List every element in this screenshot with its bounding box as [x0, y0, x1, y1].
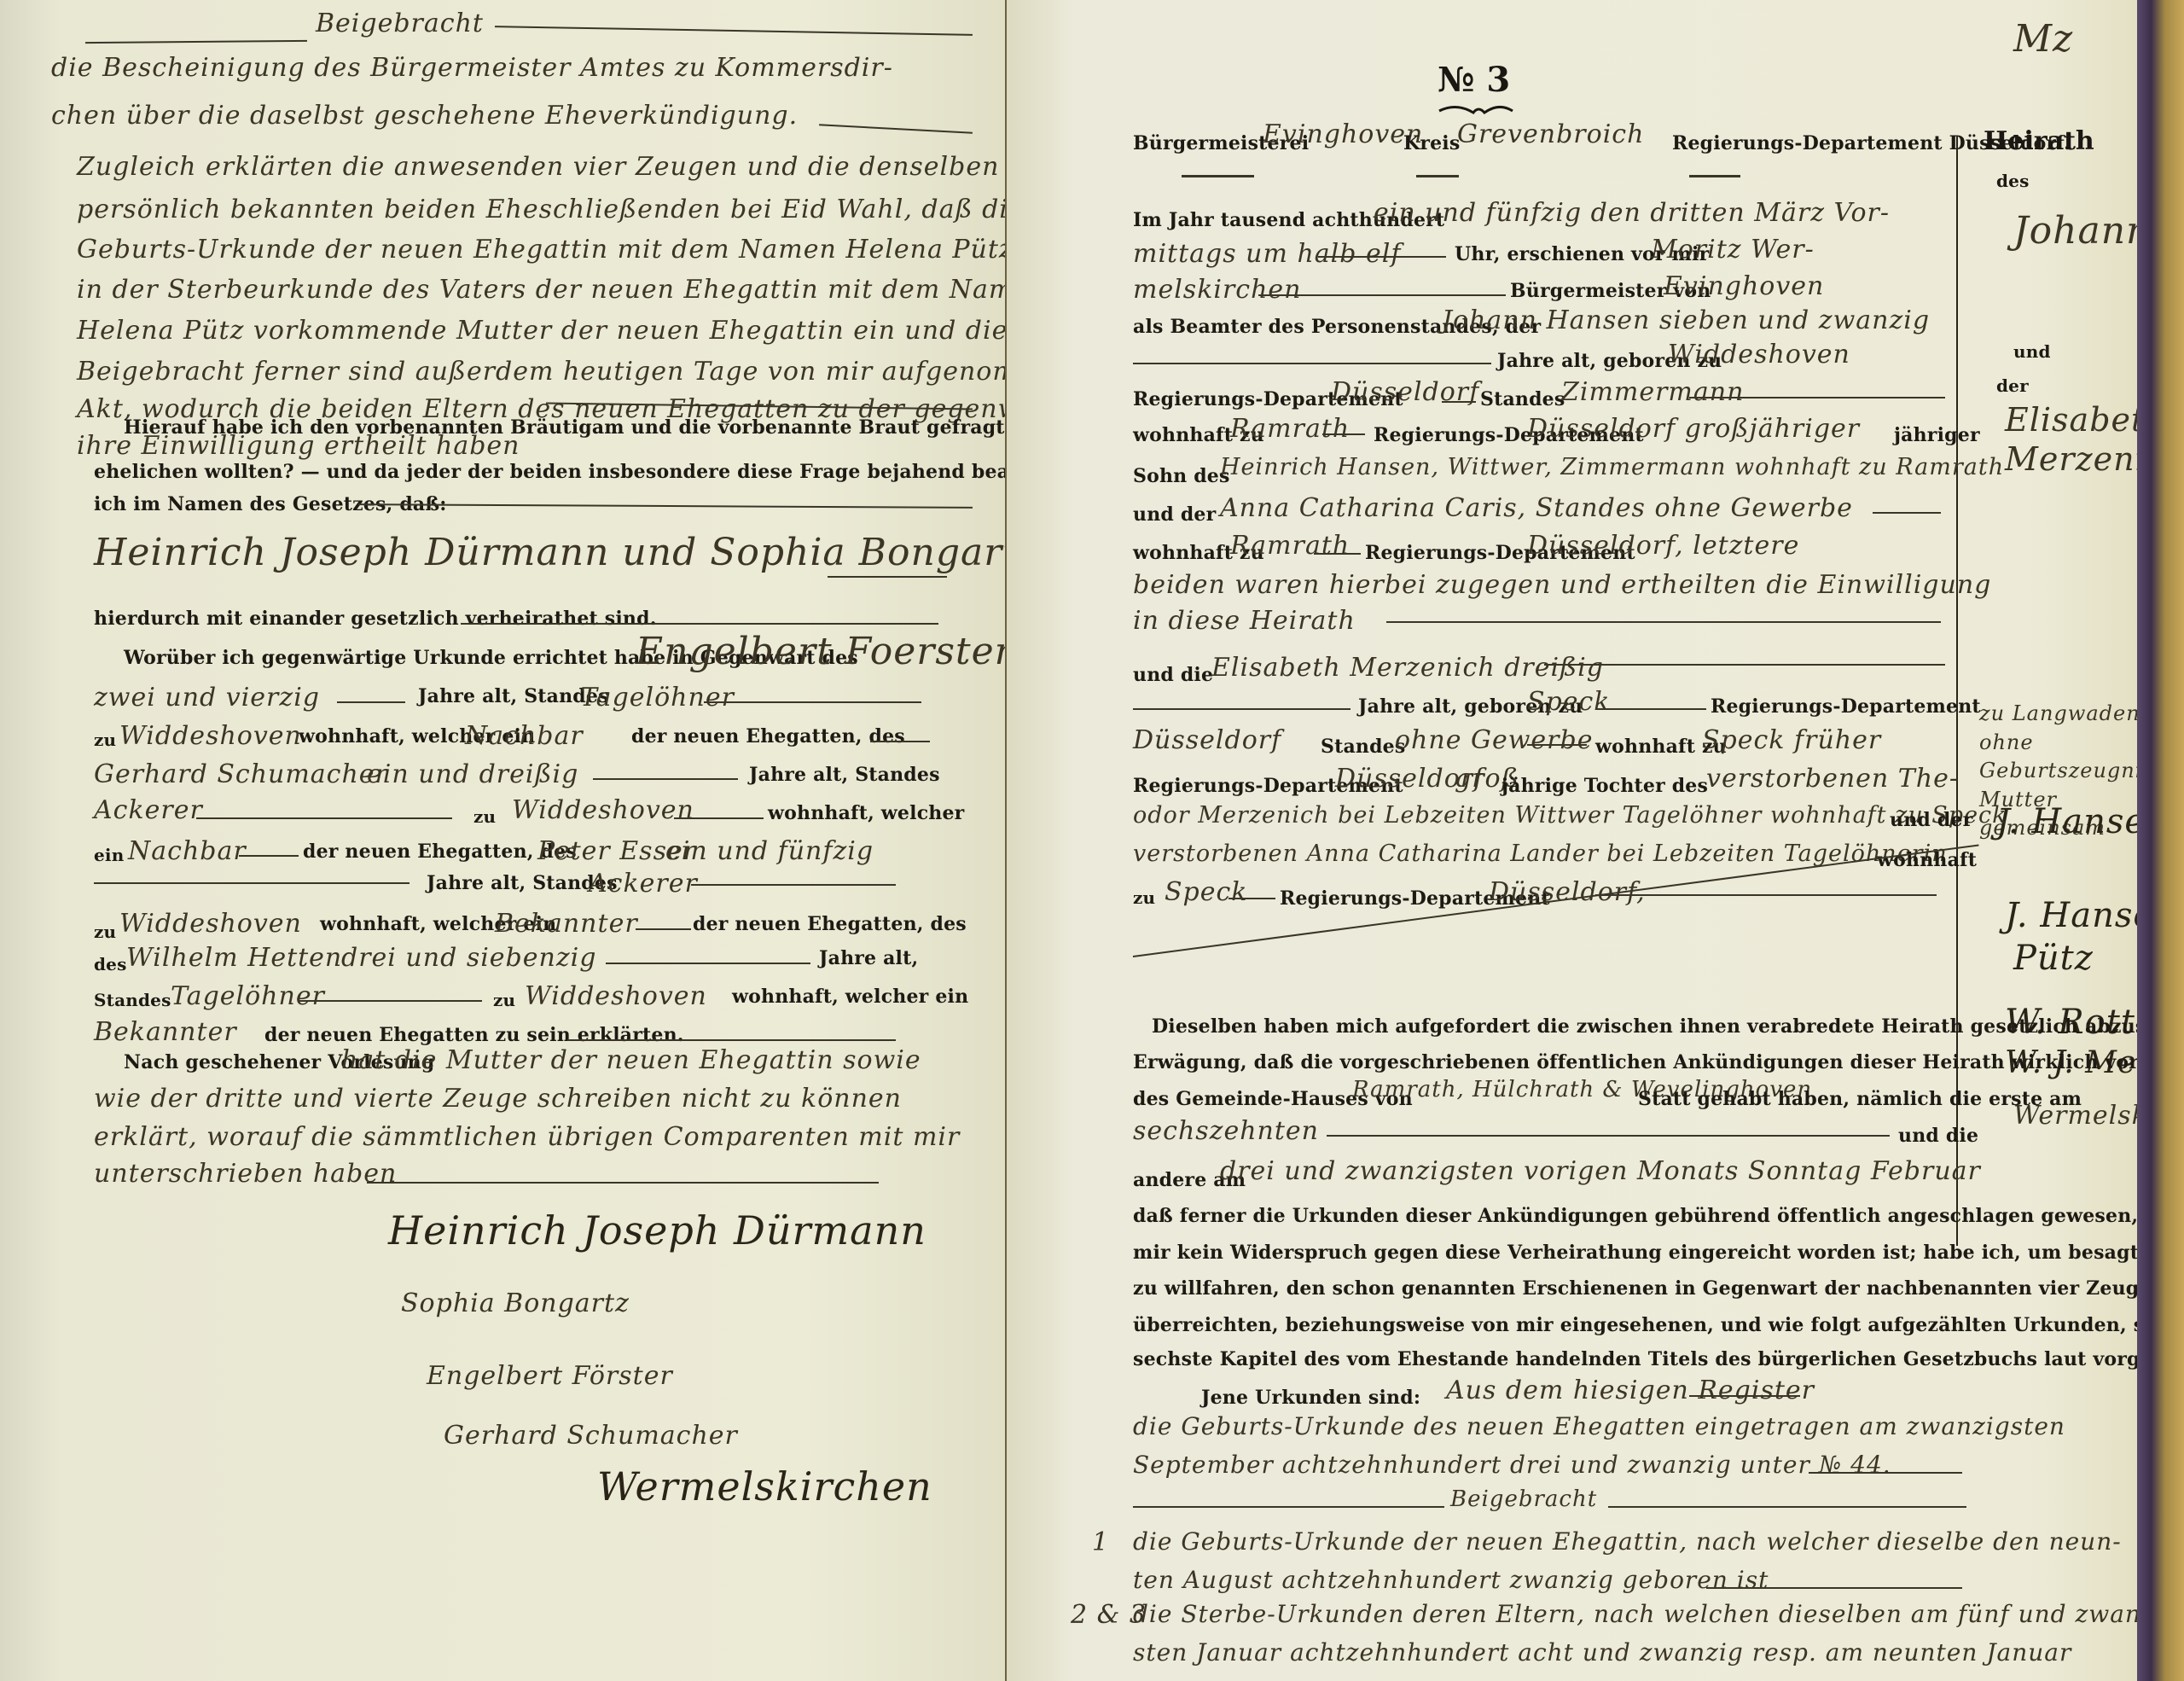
column-divider — [1956, 137, 1958, 1246]
left-page: Beigebracht die Bescheinigung des Bürger… — [0, 0, 1005, 1681]
witness-1-residence: Widdeshoven — [119, 721, 302, 751]
bride-residence: Speck früher — [1702, 725, 1881, 755]
parents-residence: Ramrath — [1230, 531, 1350, 561]
year-date: ein und fünfzig den dritten März Vor- — [1374, 198, 1890, 228]
groom-occupation: Zimmermann — [1561, 377, 1744, 407]
signature-witness-1: Engelbert Förster — [427, 1361, 673, 1391]
bride-dept: Düsseldorf — [1133, 725, 1281, 755]
couple-names: Heinrich Joseph Dürmann und Sophia Bonga… — [94, 531, 1039, 574]
mayor-name: Moritz Wer- — [1651, 235, 1815, 265]
witness-4-age: drei und siebenzig — [341, 943, 596, 973]
bride-occupation: ohne Gewerbe — [1395, 725, 1593, 755]
groom-residence: Ramrath — [1230, 414, 1350, 444]
parents-dept: Düsseldorf, letztere — [1527, 531, 1799, 561]
mayor-name-cont: melskirchen — [1133, 275, 1302, 305]
groom-birthplace: Widdeshoven — [1668, 340, 1850, 369]
document-3-line-1: die Sterbe-Urkunden deren Eltern, nach w… — [1133, 1600, 2180, 1628]
groom-mother: Anna Catharina Caris, Standes ohne Gewer… — [1220, 493, 1853, 523]
witness-1-age: zwei und vierzig — [94, 683, 320, 713]
right-page: Mz № 3 Bürgermeisterei Evinghoven Kreis … — [1005, 0, 2140, 1681]
witness-1-name: Engelbert Foerster — [636, 630, 1014, 673]
kreis-label: Kreis — [1403, 132, 1460, 154]
documents-intro: Aus dem hiesigen Register — [1446, 1376, 1815, 1405]
witness-4-occupation: Tagelöhner — [171, 981, 325, 1011]
bride-mother: verstorbenen Anna Catharina Lander bei L… — [1133, 840, 1948, 867]
document-3-line-2: sten Januar achtzehnhundert acht und zwa… — [1133, 1638, 2071, 1666]
first-announcement: sechszehnten — [1133, 1116, 1319, 1146]
bride-father-1: verstorbenen The- — [1706, 764, 1959, 794]
witness-1-relation: Nachbar — [465, 721, 584, 751]
buergermeisterei-value: Evinghoven — [1263, 119, 1423, 149]
page-mark: Mz — [2013, 17, 2073, 61]
witness-4-relation: Bekannter — [94, 1017, 237, 1047]
signature-witness-2: Gerhard Schumacher — [444, 1421, 738, 1451]
bride-parents-residence: Speck — [1165, 877, 1248, 907]
signature-bride: Sophia Bongartz — [401, 1288, 630, 1318]
witness-2-name: Gerhard Schumacher — [94, 759, 388, 789]
document-1-line-2: September achtzehnhundert drei und zwanz… — [1133, 1451, 1891, 1479]
groom-name-age: Johann Hansen sieben und zwanzig — [1442, 305, 1930, 335]
beigebracht-label: Beigebracht — [1450, 1486, 1597, 1512]
side-title: Heirath — [1984, 126, 2094, 156]
witness-2-relation: Nachbar — [128, 836, 247, 866]
consent-line-1: beiden waren hierbei zugegen und ertheil… — [1133, 570, 1991, 600]
header-note: Beigebracht — [316, 9, 484, 38]
witness-3-occupation: Ackerer — [589, 869, 698, 899]
witness-3-relation: Bekannter — [495, 909, 638, 939]
married-line: hierdurch mit einander gesetzlich verhei… — [94, 608, 657, 630]
flourish-icon — [1438, 102, 1514, 119]
side-bride-name: Elisabeth Merzenich — [2005, 401, 2133, 479]
header-rule — [495, 26, 973, 36]
bride-name-age: Elisabeth Merzenich dreißig — [1211, 653, 1604, 683]
entry-number: № 3 — [1438, 60, 1510, 100]
witness-2-residence: Widdeshoven — [512, 795, 694, 825]
witness-1-occupation: Tagelöhner — [580, 683, 735, 713]
bride-father-2: odor Merzenich bei Lebzeiten Wittwer Tag… — [1133, 802, 2007, 829]
book-edge — [2137, 0, 2184, 1681]
groom-res-dept: Düsseldorf großjähriger — [1527, 414, 1860, 444]
documents-label: Jene Urkunden sind: — [1201, 1387, 1420, 1409]
signature-groom: Heinrich Joseph Dürmann — [388, 1207, 926, 1253]
witness-4-residence: Widdeshoven — [525, 981, 707, 1011]
witness-4-name: Wilhelm Hetten — [126, 943, 342, 973]
document-2-number: 1 — [1092, 1527, 1109, 1557]
witness-2-occupation: Ackerer — [94, 795, 203, 825]
consent-line-2: in diese Heirath — [1133, 606, 1356, 636]
header-rule — [85, 40, 307, 44]
signature-mayor: Wermelskirchen — [597, 1463, 932, 1509]
document-1-line-1: die Geburts-Urkunde des neuen Ehegatten … — [1133, 1412, 2065, 1440]
witness-3-residence: Widdeshoven — [119, 909, 302, 939]
bride-birthplace: Speck — [1527, 687, 1611, 717]
time: mittags um halb elf — [1133, 239, 1401, 269]
witness-2-age: ein und dreißig — [367, 759, 578, 789]
mayor-place: Evinghoven — [1664, 271, 1824, 301]
groom-father: Heinrich Hansen, Wittwer, Zimmermann woh… — [1220, 454, 2004, 480]
second-announcement: drei und zwanzigsten vorigen Monats Sonn… — [1220, 1156, 1981, 1186]
document-2-line-2: ten August achtzehnhundert zwanzig gebor… — [1133, 1566, 1769, 1594]
kreis-value: Grevenbroich — [1457, 119, 1644, 149]
document-2-line-1: die Geburts-Urkunde der neuen Ehegattin,… — [1133, 1527, 2122, 1556]
witness-3-age: ein und fünfzig — [665, 836, 874, 866]
